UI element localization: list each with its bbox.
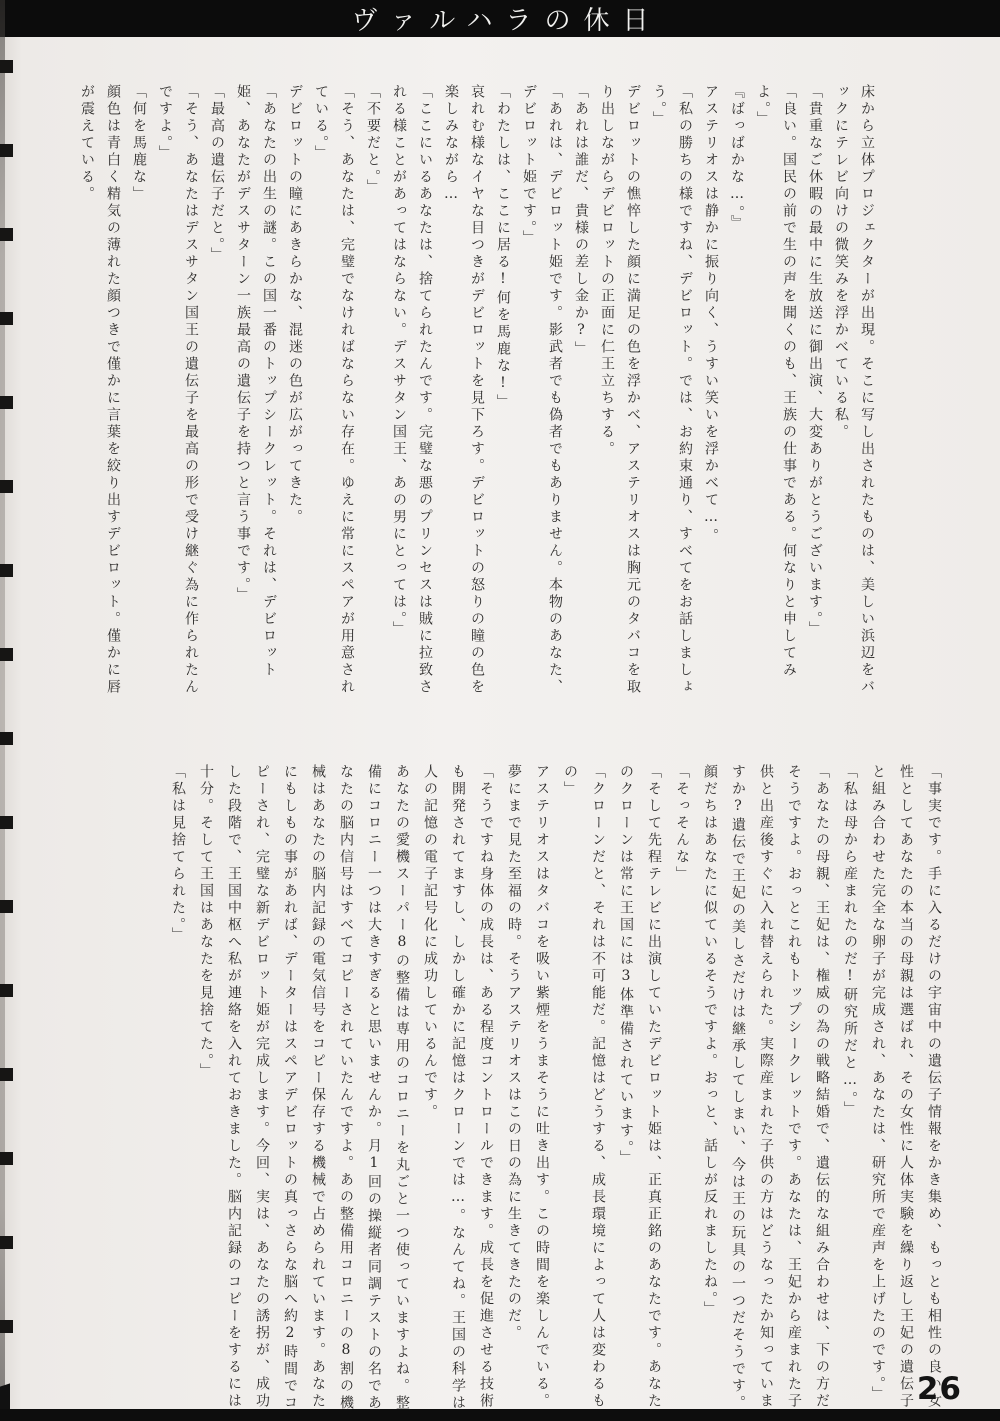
paragraph: デビロットの瞳にあきらかな、混迷の色が広がってきた。 xyxy=(282,84,308,704)
paragraph: 「クローンだと、それは不可能だ。記憶はどうする、成長環境によって人は変わるもの」 xyxy=(556,764,612,1412)
paragraph: デビロットの憔悴した顔に満足の色を浮かべ、アステリオスは胸元のタバコを取り出しな… xyxy=(594,84,646,704)
paragraph: アステリオスはタバコを吸い紫煙をうまそうに吐き出す。この時間を楽しんでいる。夢に… xyxy=(500,764,556,1412)
header-bar: ヴァルハラの休日 xyxy=(0,0,1000,37)
paragraph: 「ここにいるあなたは、捨てられたんです。完璧な悪のプリンセスは賊に拉致される様こ… xyxy=(386,84,438,704)
paragraph: 「良い。国民の前で生の声を聞くのも、王族の仕事である。何なりと申してみよ。」 xyxy=(750,84,802,704)
paragraph: アステリオスは静かに振り向く、うすい笑いを浮かべて…。 xyxy=(698,84,724,704)
paragraph: 「そっそんな」 xyxy=(668,764,696,1412)
paragraph: 「そう、あなたはデスサタン国王の遺伝子を最高の形で受け継ぐ為に作られたんですよ。… xyxy=(152,84,204,704)
paragraph: 「わたしは、ここに居る!何を馬鹿な!」 xyxy=(490,84,516,704)
scanned-page: ヴァルハラの休日 床から立体プロジェクターが出現。そこに写し出されたものは、美し… xyxy=(0,0,1000,1421)
bottom-text-block: 「事実です。手に入るだけの宇宙中の遺伝子情報をかき集め、もっとも相性の良い女性と… xyxy=(164,764,948,1412)
paragraph: 「最高の遺伝子だと。」 xyxy=(204,84,230,704)
bottom-bar xyxy=(0,1409,1000,1421)
paragraph: 「私の勝ちの様ですね、デビロット。では、お約束通り、すべてをお話しましょう。」 xyxy=(646,84,698,704)
paragraph: 「私は見捨てられた。」 xyxy=(164,764,192,1412)
page-number: 26 xyxy=(917,1371,962,1407)
paragraph: 「そう、あなたは、完璧でなければならない存在。ゆえに常にスペアが用意されている。… xyxy=(308,84,360,704)
paragraph: 「あなたの出生の謎。この国一番のトップシークレット。それは、デビロット姫、あなた… xyxy=(230,84,282,704)
page-title: ヴァルハラの休日 xyxy=(339,0,662,37)
paragraph: 顔色は青白く精気の薄れた顔つきで僅かに言葉を絞り出すデビロット。僅かに唇が震えて… xyxy=(74,84,126,704)
paragraph: 「そうですね身体の成長は、ある程度コントロールできます。成長を促進させる技術も開… xyxy=(416,764,500,1412)
paragraph: 『ばっばかな…。』 xyxy=(724,84,750,704)
paragraph: 「あれは誰だ、貴様の差し金か?」 xyxy=(568,84,594,704)
paragraph: 「事実です。手に入るだけの宇宙中の遺伝子情報をかき集め、もっとも相性の良い女性と… xyxy=(864,764,948,1412)
top-text-block: 床から立体プロジェクターが出現。そこに写し出されたものは、美しい浜辺をバックにテ… xyxy=(74,84,880,704)
paragraph: 「何を馬鹿な」 xyxy=(126,84,152,704)
binding-tick-marks xyxy=(0,60,13,1391)
paragraph: 「あれは、デビロット姫です。影武者でも偽者でもありません。本物のあなた、デビロッ… xyxy=(516,84,568,704)
paragraph: 床から立体プロジェクターが出現。そこに写し出されたものは、美しい浜辺をバックにテ… xyxy=(828,84,880,704)
paragraph: 「私は母から産まれたのだ!研究所だと…。」 xyxy=(836,764,864,1412)
paragraph: 哀れむ様なイヤな目つきがデビロットを見下ろす。デビロットの怒りの瞳の色を楽しみな… xyxy=(438,84,490,704)
paragraph: 「あなたの母親、王妃は、権威の為の戦略結婚で、遺伝的な組み合わせは、下の方だそう… xyxy=(696,764,836,1412)
paragraph: 「不要だと。」 xyxy=(360,84,386,704)
paragraph: 「そして先程テレビに出演していたデビロット姫は、正真正銘のあなたです。あなたのク… xyxy=(612,764,668,1412)
paragraph: あなたの愛機スーパー8の整備は専用のコロニーを丸ごと一つ使っていますよね。整備に… xyxy=(192,764,416,1412)
paragraph: 「貴重なご休暇の最中に生放送に御出演、大変ありがとうございます。」 xyxy=(802,84,828,704)
